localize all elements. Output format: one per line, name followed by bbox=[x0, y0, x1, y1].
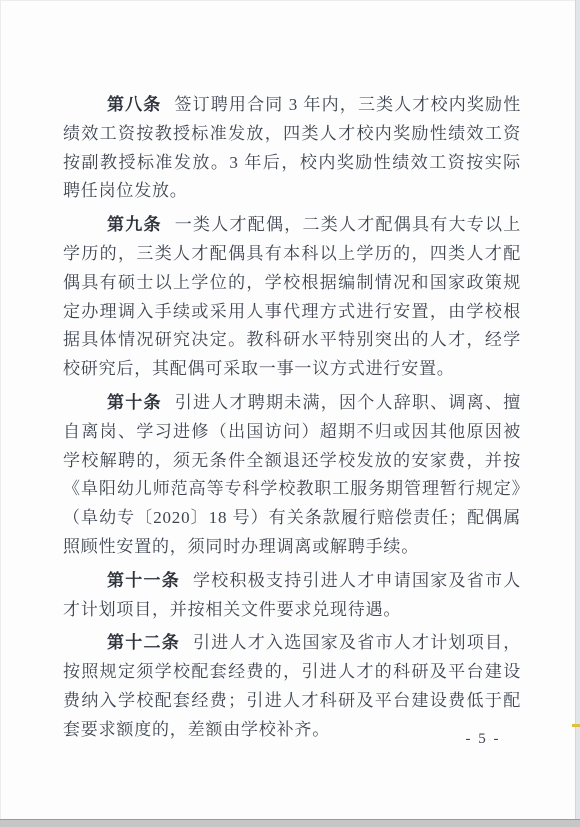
article-text: 一类人才配偶，二类人才配偶具有大专以上学历的，三类人才配偶具有本科以上学历的，四… bbox=[63, 215, 521, 378]
article-paragraph-10: 第十条引进人才聘期未满，因个人辞职、调离、擅自离岗、学习进修（出国访问）超期不归… bbox=[63, 389, 521, 562]
article-number: 第十一条 bbox=[107, 571, 180, 590]
document-page: 第八条签订聘用合同 3 年内，三类人才校内奖励性绩效工资按教授标准发放，四类人才… bbox=[0, 0, 575, 819]
article-number: 第十二条 bbox=[107, 633, 180, 652]
scanned-page-stage: 第八条签订聘用合同 3 年内，三类人才校内奖励性绩效工资按教授标准发放，四类人才… bbox=[0, 0, 580, 827]
scan-edge-right bbox=[575, 0, 580, 819]
article-paragraph-8: 第八条签订聘用合同 3 年内，三类人才校内奖励性绩效工资按教授标准发放，四类人才… bbox=[63, 91, 521, 206]
document-body: 第八条签订聘用合同 3 年内，三类人才校内奖励性绩效工资按教授标准发放，四类人才… bbox=[63, 91, 521, 750]
scan-bed-bottom bbox=[0, 819, 580, 827]
article-paragraph-11: 第十一条学校积极支持引进人才申请国家及省市人才计划项目，并按相关文件要求兑现待遇… bbox=[63, 567, 521, 625]
article-paragraph-12: 第十二条引进人才入选国家及省市人才计划项目，按照规定须学校配套经费的，引进人才的… bbox=[63, 629, 521, 744]
page-number: - 5 - bbox=[463, 731, 503, 748]
article-paragraph-9: 第九条一类人才配偶，二类人才配偶具有大专以上学历的，三类人才配偶具有本科以上学历… bbox=[63, 211, 521, 384]
article-number: 第九条 bbox=[107, 215, 162, 234]
article-number: 第十条 bbox=[107, 393, 162, 412]
highlight-mark bbox=[572, 724, 580, 727]
article-text: 引进人才聘期未满，因个人辞职、调离、擅自离岗、学习进修（出国访问）超期不归或因其… bbox=[63, 393, 521, 556]
article-number: 第八条 bbox=[107, 95, 161, 114]
